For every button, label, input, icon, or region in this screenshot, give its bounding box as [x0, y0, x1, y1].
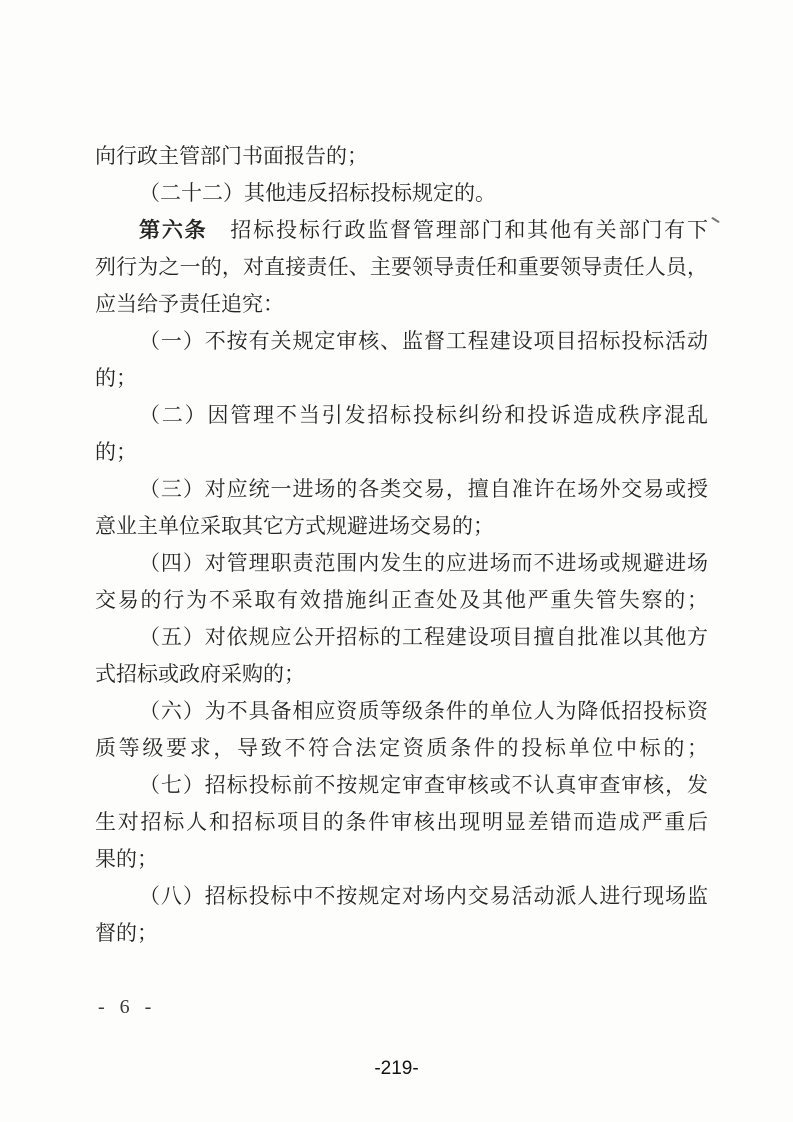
- line-text: 交易的行为不采取有效措施纠正查处及其他严重失管失察的；: [95, 588, 708, 612]
- page-number-inner: - 6 -: [98, 996, 156, 1019]
- line-text: （八）招标投标中不按规定对场内交易活动派人进行现场监: [139, 884, 708, 908]
- line-text: 生对招标人和招标项目的条件审核出现明显差错而造成严重后: [95, 810, 708, 834]
- document-line: 质等级要求，导致不符合法定资质条件的投标单位中标的；: [95, 730, 708, 767]
- document-line: （四）对管理职责范围内发生的应进场而不进场或规避进场: [95, 545, 708, 582]
- line-text: （二十二）其他违反招标投标规定的。: [139, 181, 496, 205]
- line-text: 意业主单位采取其它方式规避进场交易的；: [95, 514, 494, 538]
- page-number-outer: -219-: [0, 1058, 793, 1080]
- line-text: 招标投标行政监督管理部门和其他有关部门有下: [208, 218, 709, 242]
- document-line: 列行为之一的，对直接责任、主要领导责任和重要领导责任人员，: [95, 249, 708, 286]
- document-line: （七）招标投标前不按规定审查审核或不认真审查审核，发: [95, 767, 708, 804]
- document-line: 生对招标人和招标项目的条件审核出现明显差错而造成严重后: [95, 804, 708, 841]
- document-line: 向行政主管部门书面报告的；: [95, 138, 708, 175]
- line-text: 应当给予责任追究：: [95, 292, 284, 316]
- line-text: 列行为之一的，对直接责任、主要领导责任和重要领导责任人员，: [95, 255, 708, 279]
- document-line: （三）对应统一进场的各类交易，擅自准许在场外交易或授: [95, 471, 708, 508]
- line-text: 的；: [95, 440, 137, 464]
- line-text: （三）对应统一进场的各类交易，擅自准许在场外交易或授: [139, 477, 708, 501]
- line-text: （七）招标投标前不按规定审查审核或不认真审查审核，发: [139, 773, 708, 797]
- line-text: 质等级要求，导致不符合法定资质条件的投标单位中标的；: [95, 736, 708, 760]
- document-line: （六）为不具备相应资质等级条件的单位人为降低招投标资: [95, 693, 708, 730]
- document-line: 应当给予责任追究：: [95, 286, 708, 323]
- line-text: 式招标或政府采购的；: [95, 662, 305, 686]
- line-text: （二）因管理不当引发招标投标纠纷和投诉造成秩序混乱: [139, 403, 708, 427]
- line-text: 督的；: [95, 921, 158, 945]
- document-line: 督的；: [95, 915, 708, 952]
- line-text: 的；: [95, 366, 137, 390]
- document-line: 的；: [95, 434, 708, 471]
- document-line: 式招标或政府采购的；: [95, 656, 708, 693]
- line-text: （六）为不具备相应资质等级条件的单位人为降低招投标资: [139, 699, 708, 723]
- document-line: （二十二）其他违反招标投标规定的。: [95, 175, 708, 212]
- scan-artifact-mark: [711, 217, 720, 223]
- line-text: （五）对依规应公开招标的工程建设项目擅自批准以其他方: [139, 625, 708, 649]
- document-line: 的；: [95, 360, 708, 397]
- document-line: 第六条 招标投标行政监督管理部门和其他有关部门有下: [95, 212, 708, 249]
- line-text: （一）不按有关规定审核、监督工程建设项目招标投标活动: [139, 329, 708, 353]
- article-heading: 第六条: [139, 218, 208, 242]
- document-line: 果的；: [95, 841, 708, 878]
- document-line: 交易的行为不采取有效措施纠正查处及其他严重失管失察的；: [95, 582, 708, 619]
- document-line: （一）不按有关规定审核、监督工程建设项目招标投标活动: [95, 323, 708, 360]
- document-page: 向行政主管部门书面报告的；（二十二）其他违反招标投标规定的。第六条 招标投标行政…: [0, 0, 793, 1122]
- line-text: 果的；: [95, 847, 158, 871]
- document-body: 向行政主管部门书面报告的；（二十二）其他违反招标投标规定的。第六条 招标投标行政…: [95, 138, 708, 952]
- line-text: （四）对管理职责范围内发生的应进场而不进场或规避进场: [139, 551, 708, 575]
- document-line: 意业主单位采取其它方式规避进场交易的；: [95, 508, 708, 545]
- line-text: 向行政主管部门书面报告的；: [95, 144, 368, 168]
- document-line: （二）因管理不当引发招标投标纠纷和投诉造成秩序混乱: [95, 397, 708, 434]
- document-line: （五）对依规应公开招标的工程建设项目擅自批准以其他方: [95, 619, 708, 656]
- document-line: （八）招标投标中不按规定对场内交易活动派人进行现场监: [95, 878, 708, 915]
